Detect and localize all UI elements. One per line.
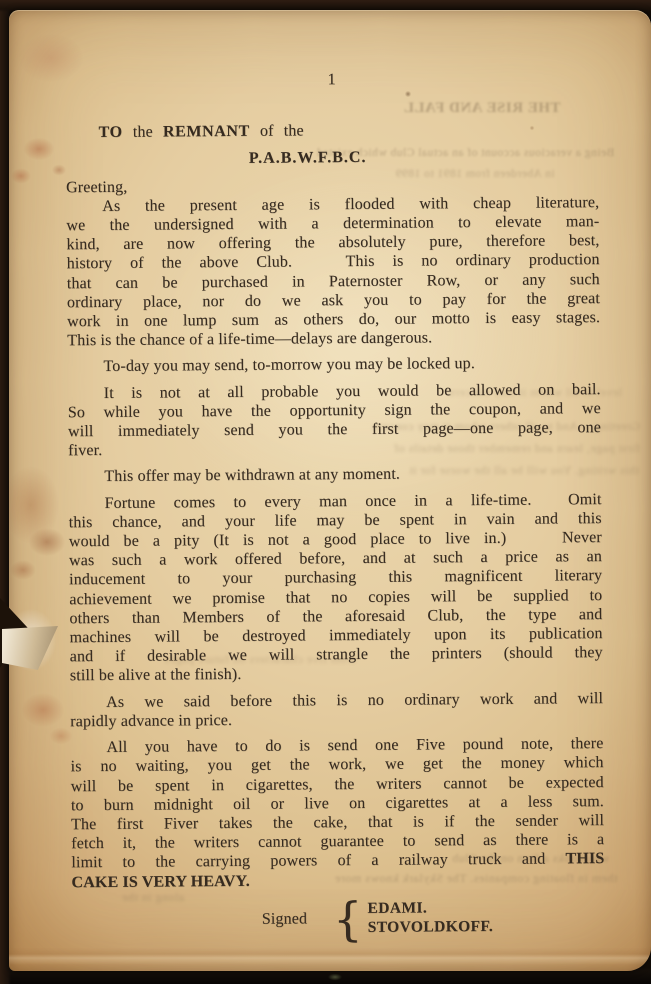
paragraph: This offer may be withdrawn at any momen… (68, 464, 601, 487)
signature-name: EDAMI. (367, 899, 493, 918)
text-line: still be alive at the finish). (70, 663, 603, 686)
text-segment: CAKE IS VERY HEAVY. (71, 872, 249, 890)
text-line: This is the chance of a life-time—delays… (67, 327, 600, 350)
paragraph: To-day you may send, to-morrow you may b… (67, 354, 600, 377)
paragraph: As we said before this is no ordinary wo… (70, 689, 603, 732)
text-line: CAKE IS VERY HEAVY. (71, 869, 604, 892)
salutation-segment: REMNANT (163, 123, 250, 141)
signed-label: Signed (262, 910, 308, 930)
paragraph: As the present age is flooded with cheap… (66, 193, 600, 351)
photo-backdrop: THE RISE AND FALLBeing a veracious accou… (0, 0, 651, 984)
body-text: As the present age is flooded with cheap… (66, 193, 604, 892)
paragraph: It is not at all probable you would be a… (68, 380, 602, 461)
club-initials: P.A.B.W.F.B.C. (249, 146, 599, 168)
salutation-segment: of the (250, 123, 304, 140)
text-line: This offer may be withdrawn at any momen… (68, 464, 601, 487)
salutation-segment: the (123, 124, 163, 141)
signature-names: EDAMI. STOVOLDKOFF. (367, 899, 493, 937)
salutation-line: TO the REMNANT of the (99, 119, 599, 142)
text-line: fiver. (68, 437, 601, 460)
text-segment: THIS (565, 850, 604, 867)
salutation-segment: TO (99, 124, 123, 141)
page-content: 1 TO the REMNANT of the P.A.B.W.F.B.C. G… (9, 10, 651, 942)
signature-brace: { (333, 899, 363, 939)
paragraph: All you have to do is send one Five poun… (70, 734, 604, 892)
text-segment: limit to the carrying powers of a railwa… (71, 851, 565, 872)
paragraph: Fortune comes to every man once in a lif… (68, 490, 602, 686)
text-line: rapidly advance in price. (70, 708, 603, 731)
page-number: 1 (65, 68, 598, 91)
signature-block: Signed { EDAMI. STOVOLDKOFF. (262, 897, 605, 940)
text-line: To-day you may send, to-morrow you may b… (67, 354, 600, 377)
signature-name: STOVOLDKOFF. (368, 918, 494, 937)
